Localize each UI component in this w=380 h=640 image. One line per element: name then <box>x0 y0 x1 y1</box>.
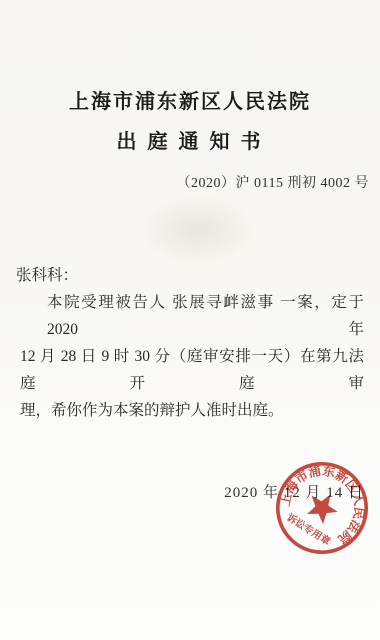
notice-body: 本院受理被告人 张展寻衅滋事 一案，定于 2020 年 12 月 28 日 9 … <box>20 289 364 424</box>
seal-ring <box>261 447 380 569</box>
addressee-salutation: 张科科： <box>16 263 78 285</box>
document-title: 出 庭 通 知 书 <box>0 125 380 154</box>
seal-inner-text: 诉讼专用章 <box>284 511 333 548</box>
official-court-seal: 上海市浦东新区人民法院 诉讼专用章 <box>250 436 380 579</box>
issue-date: 2020 年 12 月 14 日 <box>224 481 364 502</box>
body-line: 本院受理被告人 张展寻衅滋事 一案，定于 2020 年 <box>20 289 364 343</box>
body-line: 12 月 28 日 9 时 30 分（庭审安排一天）在第九法庭开庭审 <box>20 343 364 397</box>
court-seal-graphic: 上海市浦东新区人民法院 诉讼专用章 <box>250 436 380 579</box>
case-number: （2020）沪 0115 刑初 4002 号 <box>177 172 369 192</box>
scan-smudge <box>140 195 255 265</box>
court-name-heading: 上海市浦东新区人民法院 <box>0 85 380 114</box>
body-line: 理，希你作为本案的辩护人准时出庭。 <box>20 397 364 424</box>
court-notice-document: 上海市浦东新区人民法院 出 庭 通 知 书 （2020）沪 0115 刑初 40… <box>0 0 380 640</box>
